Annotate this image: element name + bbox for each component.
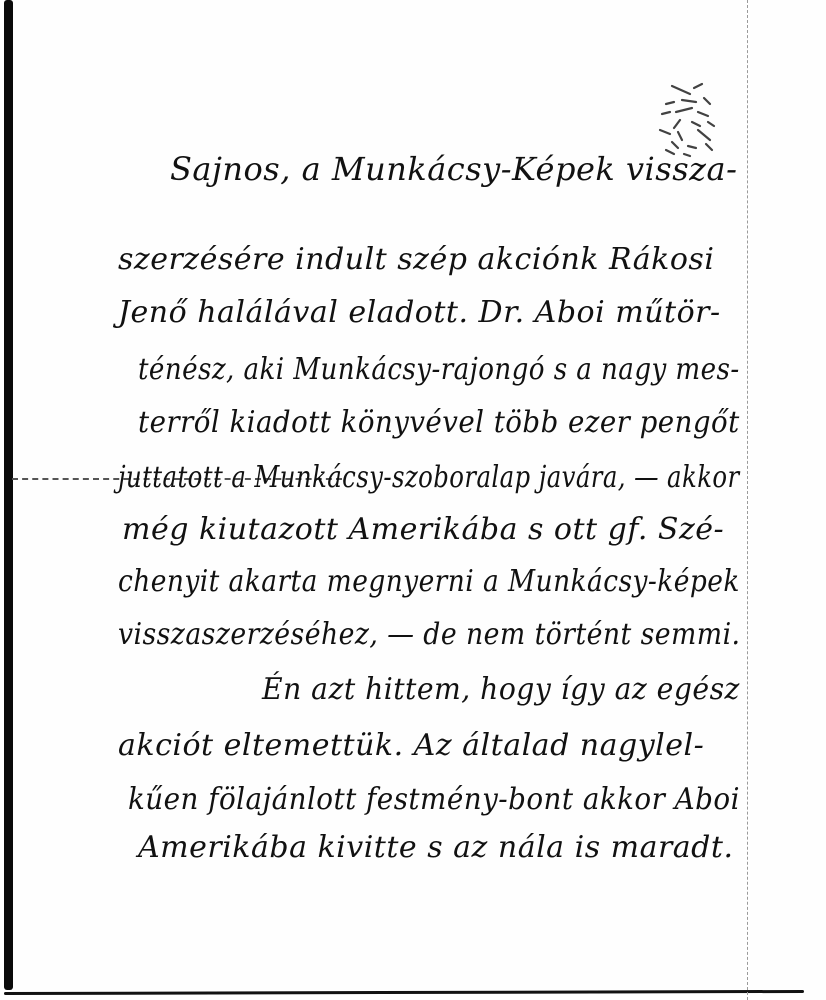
line-text: Sajnos, a Munkácsy-Képek vissza- — [170, 150, 737, 188]
letter-line-2: szerzésére indult szép akciónk Rákosi — [118, 242, 714, 277]
letter-line-6: juttatott a Munkácsy-szoboralap javára, … — [118, 460, 740, 495]
letter-line-13: Amerikába kivitte s az nála is maradt. — [138, 830, 733, 865]
letter-line-5: terről kiadott könyvével több ezer pengő… — [138, 405, 740, 440]
line-text: terről kiadott könyvével több ezer pengő… — [138, 405, 740, 440]
letter-line-12: kűen fölajánlott festmény-bont akkor Abo… — [128, 782, 740, 817]
line-text: juttatott a Munkácsy-szoboralap javára, … — [118, 460, 740, 495]
vertical-fold-line — [747, 0, 748, 1000]
line-text: chenyit akarta megnyerni a Munkácsy-képe… — [118, 564, 740, 599]
letter-line-10: Én azt hittem, hogy így az egész — [262, 672, 740, 707]
letter-page: Sajnos, a Munkácsy-Képek vissza- szerzés… — [0, 0, 826, 1000]
line-text: ténész, aki Munkácsy-rajongó s a nagy me… — [138, 352, 740, 387]
letter-line-11: akciót eltemettük. Az általad nagylel- — [118, 728, 704, 763]
page-left-edge — [4, 0, 13, 990]
line-text: akciót eltemettük. Az általad nagylel- — [118, 728, 704, 763]
faded-stamp-icon — [652, 78, 732, 158]
letter-line-9: visszaszerzéséhez, — de nem történt semm… — [118, 617, 740, 652]
letter-line-3: Jenő halálával eladott. Dr. Aboi műtör- — [118, 295, 721, 330]
letter-line-1: Sajnos, a Munkácsy-Képek vissza- — [170, 150, 737, 188]
line-text: Én azt hittem, hogy így az egész — [262, 672, 740, 707]
letter-line-7: még kiutazott Amerikába s ott gf. Szé- — [122, 512, 724, 547]
line-text: Jenő halálával eladott. Dr. Aboi műtör- — [118, 295, 721, 330]
line-text: kűen fölajánlott festmény-bont akkor Abo… — [128, 782, 740, 817]
line-text: szerzésére indult szép akciónk Rákosi — [118, 242, 714, 277]
letter-line-4: ténész, aki Munkácsy-rajongó s a nagy me… — [138, 352, 740, 387]
line-text: Amerikába kivitte s az nála is maradt. — [138, 830, 733, 865]
letter-line-8: chenyit akarta megnyerni a Munkácsy-képe… — [118, 564, 740, 599]
page-bottom-edge — [4, 990, 804, 995]
line-text: még kiutazott Amerikába s ott gf. Szé- — [122, 512, 724, 547]
line-text: visszaszerzéséhez, — de nem történt semm… — [118, 617, 740, 652]
